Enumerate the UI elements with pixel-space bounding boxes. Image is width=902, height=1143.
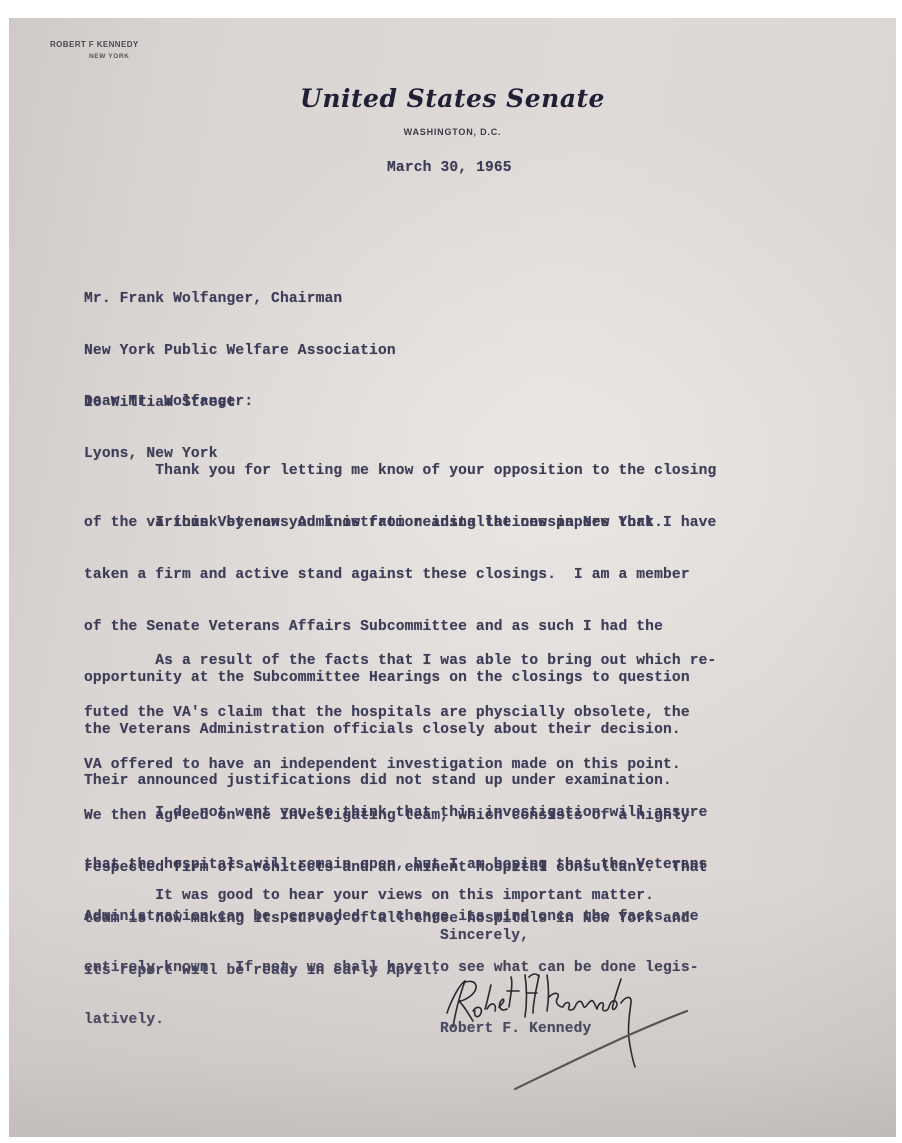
- paragraph-line: that the hospitals will remain open, but…: [84, 857, 708, 874]
- closing-paragraph: It was good to hear your views on this i…: [84, 888, 654, 905]
- paragraph-line: I do not want you to think that this inv…: [84, 805, 708, 822]
- paragraph-line: taken a firm and active stand against th…: [84, 567, 716, 584]
- letterhead-title: United States Senate: [9, 84, 896, 113]
- paragraph-line: Thank you for letting me know of your op…: [84, 463, 716, 480]
- letterhead-city: WASHINGTON, D.C.: [9, 127, 896, 137]
- salutation: Dear Mr. Wolfanger:: [84, 394, 253, 411]
- paragraph-line: I think by now you know from reading the…: [84, 515, 716, 532]
- paragraph-line: Administration can be persuaded to chang…: [84, 909, 708, 926]
- letter-date: March 30, 1965: [387, 160, 512, 177]
- letter-photo: ROBERT F KENNEDY NEW YORK United States …: [9, 18, 896, 1137]
- typed-signature-name: Robert F. Kennedy: [440, 1021, 591, 1038]
- recipient-line: New York Public Welfare Association: [84, 343, 396, 360]
- paragraph-line: futed the VA's claim that the hospitals …: [84, 705, 716, 722]
- letterhead-sender-state: NEW YORK: [89, 53, 129, 60]
- recipient-line: Mr. Frank Wolfanger, Chairman: [84, 291, 396, 308]
- letterhead-sender-name: ROBERT F KENNEDY: [50, 40, 139, 49]
- paragraph-line: As a result of the facts that I was able…: [84, 653, 716, 670]
- valediction: Sincerely,: [440, 928, 529, 945]
